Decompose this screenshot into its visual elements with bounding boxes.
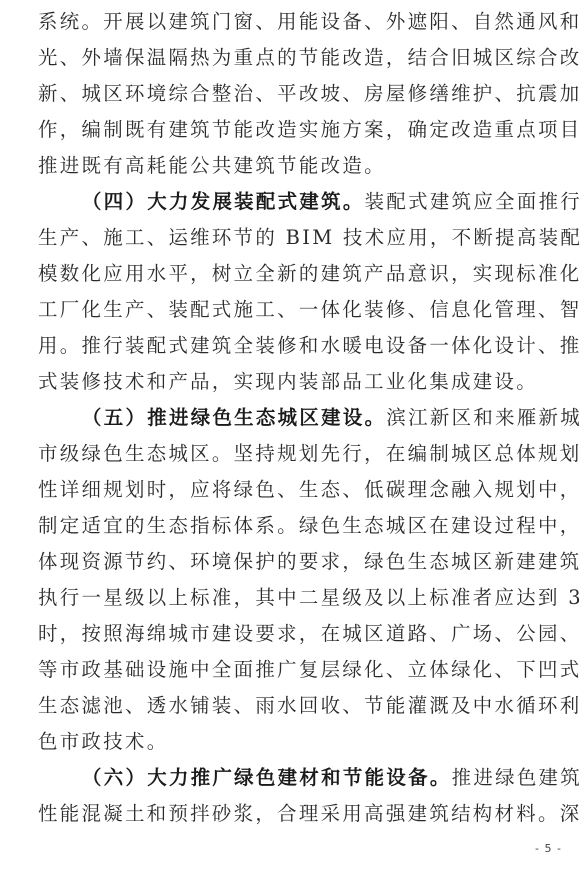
text-line: 工厂化生产、装配式施工、一体化装修、信息化管理、智能化应	[38, 298, 563, 322]
text-span: 装配式建筑应全面推行设计、	[365, 190, 581, 213]
text-line: 性详细规划时，应将绿色、生态、低碳理念融入规划中，并研究	[38, 478, 563, 502]
text-line: 执行一星级以上标准，其中二星级及以上标准者应达到 30%。同	[38, 586, 563, 610]
text-line: 系统。开展以建筑门窗、用能设备、外遮阳、自然通风和自然采	[38, 10, 563, 34]
text-line: 推进既有高耗能公共建筑节能改造。	[38, 154, 563, 178]
text-line: 模数化应用水平，树立全新的建筑产品意识，实现标准化设计、	[38, 262, 563, 286]
text-span: 滨江新区和来雁新城创建为	[386, 406, 581, 429]
section-heading-6: （六）大力推广绿色建材和节能设备。	[82, 766, 452, 789]
text-line: 新、城区环境综合整治、平改坡、房屋修缮维护、抗震加固等工	[38, 82, 563, 106]
text-line: 色市政技术。	[38, 730, 563, 754]
text-line: 作，编制既有建筑节能改造实施方案，确定改造重点项目，加快	[38, 118, 563, 142]
text-line: 时，按照海绵城市建设要求，在城区道路、广场、公园、给排水	[38, 622, 563, 646]
text-span: 推进绿色建筑应用高	[452, 766, 581, 789]
page-number: - 5 -	[535, 842, 562, 855]
text-line: 用。推行装配式建筑全装修和水暖电设备一体化设计、推广装配	[38, 334, 563, 358]
section-5-first-line: （五）推进绿色生态城区建设。滨江新区和来雁新城创建为	[82, 406, 563, 430]
text-line: 制定适宜的生态指标体系。绿色生态城区在建设过程中，要充分	[38, 514, 563, 538]
text-line: 光、外墙保温隔热为重点的节能改造，结合旧城区综合改造与更	[38, 46, 563, 70]
section-4-first-line: （四）大力发展装配式建筑。装配式建筑应全面推行设计、	[82, 190, 563, 214]
section-6-first-line: （六）大力推广绿色建材和节能设备。推进绿色建筑应用高	[82, 766, 563, 790]
text-line: 市级绿色生态城区。坚持规划先行，在编制城区总体规划，控制	[38, 442, 563, 466]
text-line: 等市政基础设施中全面推广复层绿化、立体绿化、下凹式绿化带、	[38, 658, 563, 682]
section-heading-4: （四）大力发展装配式建筑。	[82, 190, 365, 213]
text-line: 性能混凝土和预拌砂浆，合理采用高强建筑结构材料。深入推进	[38, 802, 563, 826]
document-page: 系统。开展以建筑门窗、用能设备、外遮阳、自然通风和自然采 光、外墙保温隔热为重点…	[0, 0, 581, 870]
section-heading-5: （五）推进绿色生态城区建设。	[82, 406, 386, 429]
text-line: 式装修技术和产品，实现内装部品工业化集成建设。	[38, 370, 563, 394]
text-line: 体现资源节约、环境保护的要求，绿色生态城区新建建筑应全面	[38, 550, 563, 574]
text-line: 生产、施工、运维环节的 BIM 技术应用，不断提高装配式建筑计	[38, 226, 563, 250]
text-line: 生态滤池、透水铺装、雨水回收、节能灌溉及中水循环利用等绿	[38, 694, 563, 718]
